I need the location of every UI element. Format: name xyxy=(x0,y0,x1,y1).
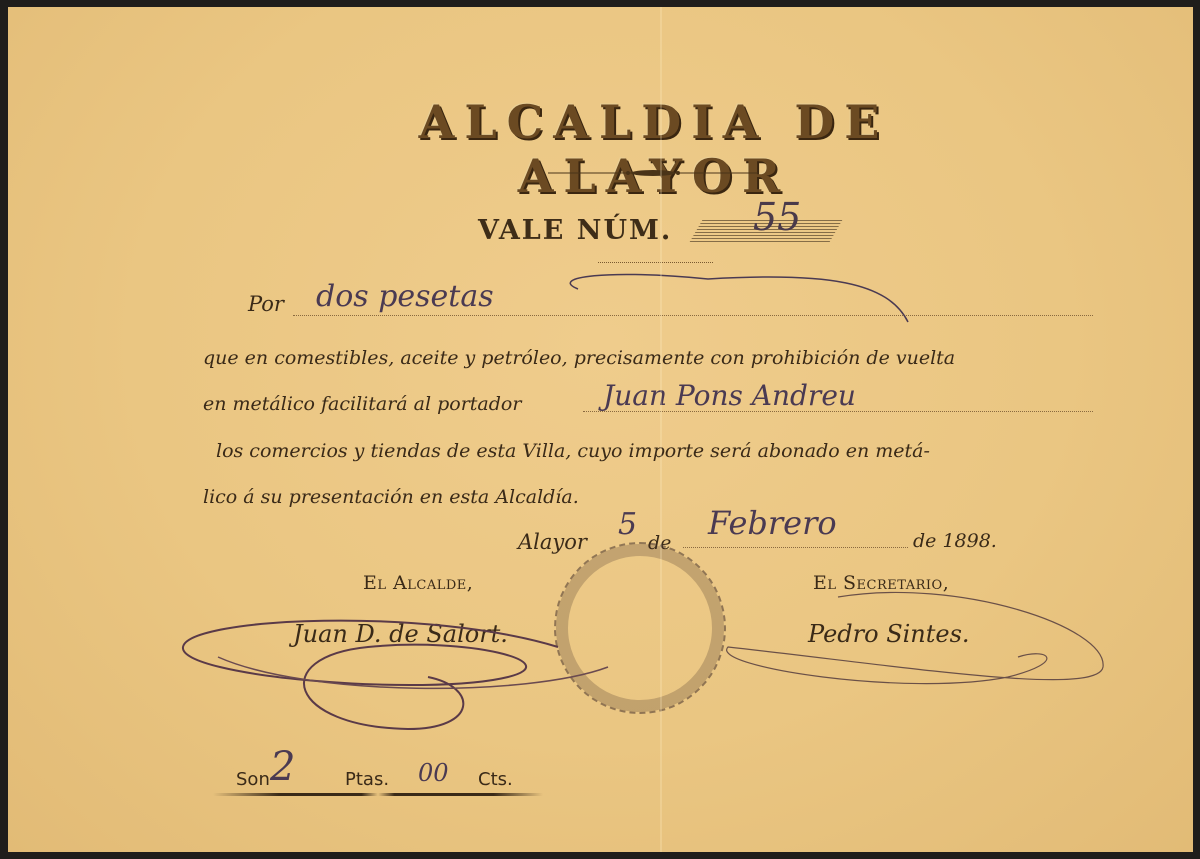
pesetas-value: 2 xyxy=(270,744,295,790)
cents-value: 00 xyxy=(418,759,449,787)
amount-underline xyxy=(213,793,543,796)
voucher-document: ALCALDIA DE ALAYOR VALE NÚM. 55 Por dos … xyxy=(8,7,1193,852)
ptas-label: Ptas. xyxy=(345,769,389,790)
signature-flourishes xyxy=(8,7,1193,852)
son-label: Son xyxy=(236,769,270,790)
cts-label: Cts. xyxy=(478,769,513,790)
